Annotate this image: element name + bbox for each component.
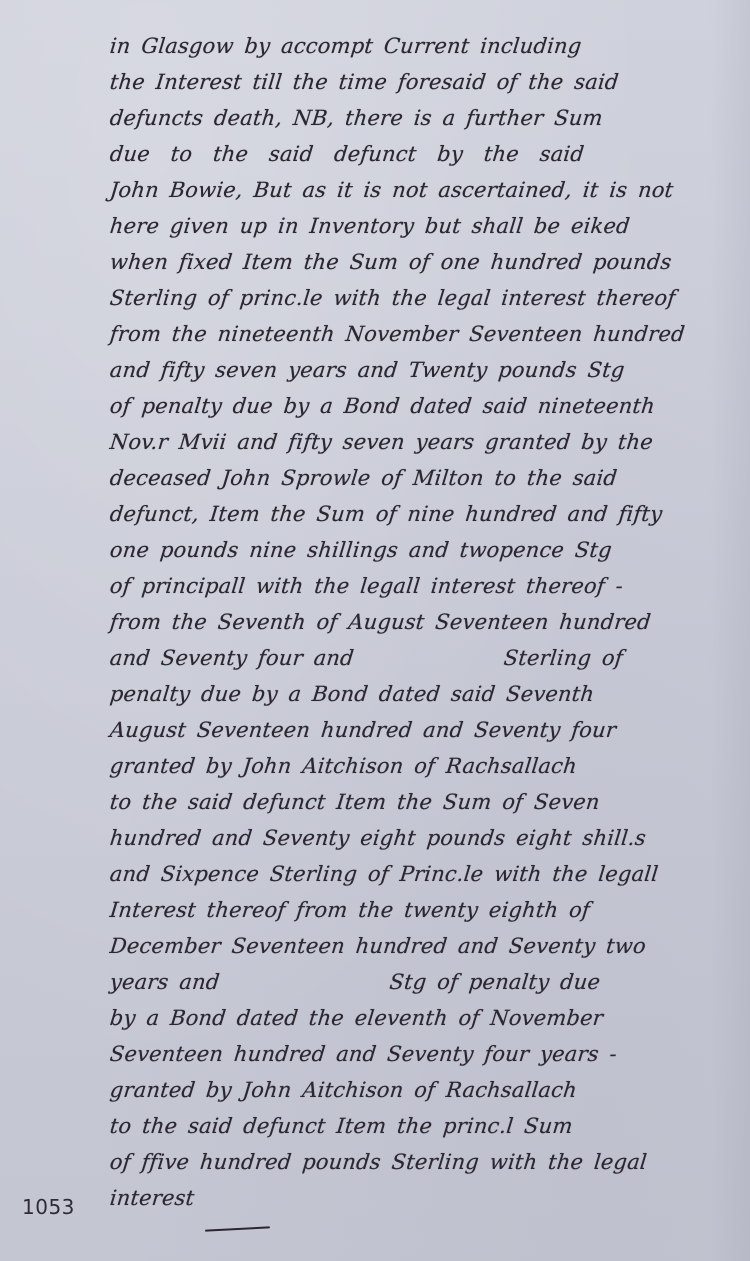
text-line: August Seventeen hundred and Seventy fou… bbox=[108, 712, 732, 748]
text-line: December Seventeen hundred and Seventy t… bbox=[108, 928, 732, 964]
text-line: hundred and Seventy eight pounds eight s… bbox=[108, 820, 732, 856]
text-line: of principall with the legall interest t… bbox=[108, 568, 732, 604]
text-line: of penalty due by a Bond dated said nine… bbox=[108, 388, 732, 424]
folio-number: 1053 bbox=[22, 1195, 75, 1219]
text-line-start: and Seventy four and bbox=[109, 646, 355, 670]
closing-flourish bbox=[205, 1226, 270, 1231]
manuscript-text: in Glasgow by accompt Current including … bbox=[110, 28, 730, 1216]
text-line: to the said defunct Item the princ.l Sum bbox=[108, 1108, 732, 1144]
text-line: Seventeen hundred and Seventy four years… bbox=[108, 1036, 732, 1072]
text-line: John Bowie, But as it is not ascertained… bbox=[108, 172, 732, 208]
text-line: from the Seventh of August Seventeen hun… bbox=[108, 604, 732, 640]
text-line: granted by John Aitchison of Rachsallach bbox=[108, 1072, 732, 1108]
text-line: here given up in Inventory but shall be … bbox=[108, 208, 732, 244]
text-line: due to the said defunct by the said bbox=[108, 136, 732, 172]
text-line: Nov.r Mvii and fifty seven years granted… bbox=[108, 424, 732, 460]
text-line: granted by John Aitchison of Rachsallach bbox=[108, 748, 732, 784]
text-line: interest bbox=[108, 1180, 732, 1216]
text-line: years andStg of penalty due bbox=[108, 964, 732, 1000]
text-line: and Seventy four andSterling of bbox=[108, 640, 732, 676]
text-line: the Interest till the time foresaid of t… bbox=[108, 64, 732, 100]
text-line: to the said defunct Item the Sum of Seve… bbox=[108, 784, 732, 820]
text-line-start: years and bbox=[109, 970, 221, 994]
text-line: defunct, Item the Sum of nine hundred an… bbox=[108, 496, 732, 532]
text-line: one pounds nine shillings and twopence S… bbox=[108, 532, 732, 568]
text-line: and Sixpence Sterling of Princ.le with t… bbox=[108, 856, 732, 892]
text-line: from the nineteenth November Seventeen h… bbox=[108, 316, 732, 352]
text-line-end: Sterling of bbox=[503, 646, 625, 670]
text-line: and fifty seven years and Twenty pounds … bbox=[108, 352, 732, 388]
text-line: deceased John Sprowle of Milton to the s… bbox=[108, 460, 732, 496]
text-line: penalty due by a Bond dated said Seventh bbox=[108, 676, 732, 712]
text-line: by a Bond dated the eleventh of November bbox=[108, 1000, 732, 1036]
text-line: Interest thereof from the twenty eighth … bbox=[108, 892, 732, 928]
text-line: of ffive hundred pounds Sterling with th… bbox=[108, 1144, 732, 1180]
text-line: Sterling of princ.le with the legal inte… bbox=[108, 280, 732, 316]
text-line: defuncts death, NB, there is a further S… bbox=[108, 100, 732, 136]
text-line: in Glasgow by accompt Current including bbox=[108, 28, 732, 64]
text-line-end: Stg of penalty due bbox=[388, 970, 601, 994]
manuscript-page: in Glasgow by accompt Current including … bbox=[0, 0, 750, 1261]
text-line: when fixed Item the Sum of one hundred p… bbox=[108, 244, 732, 280]
